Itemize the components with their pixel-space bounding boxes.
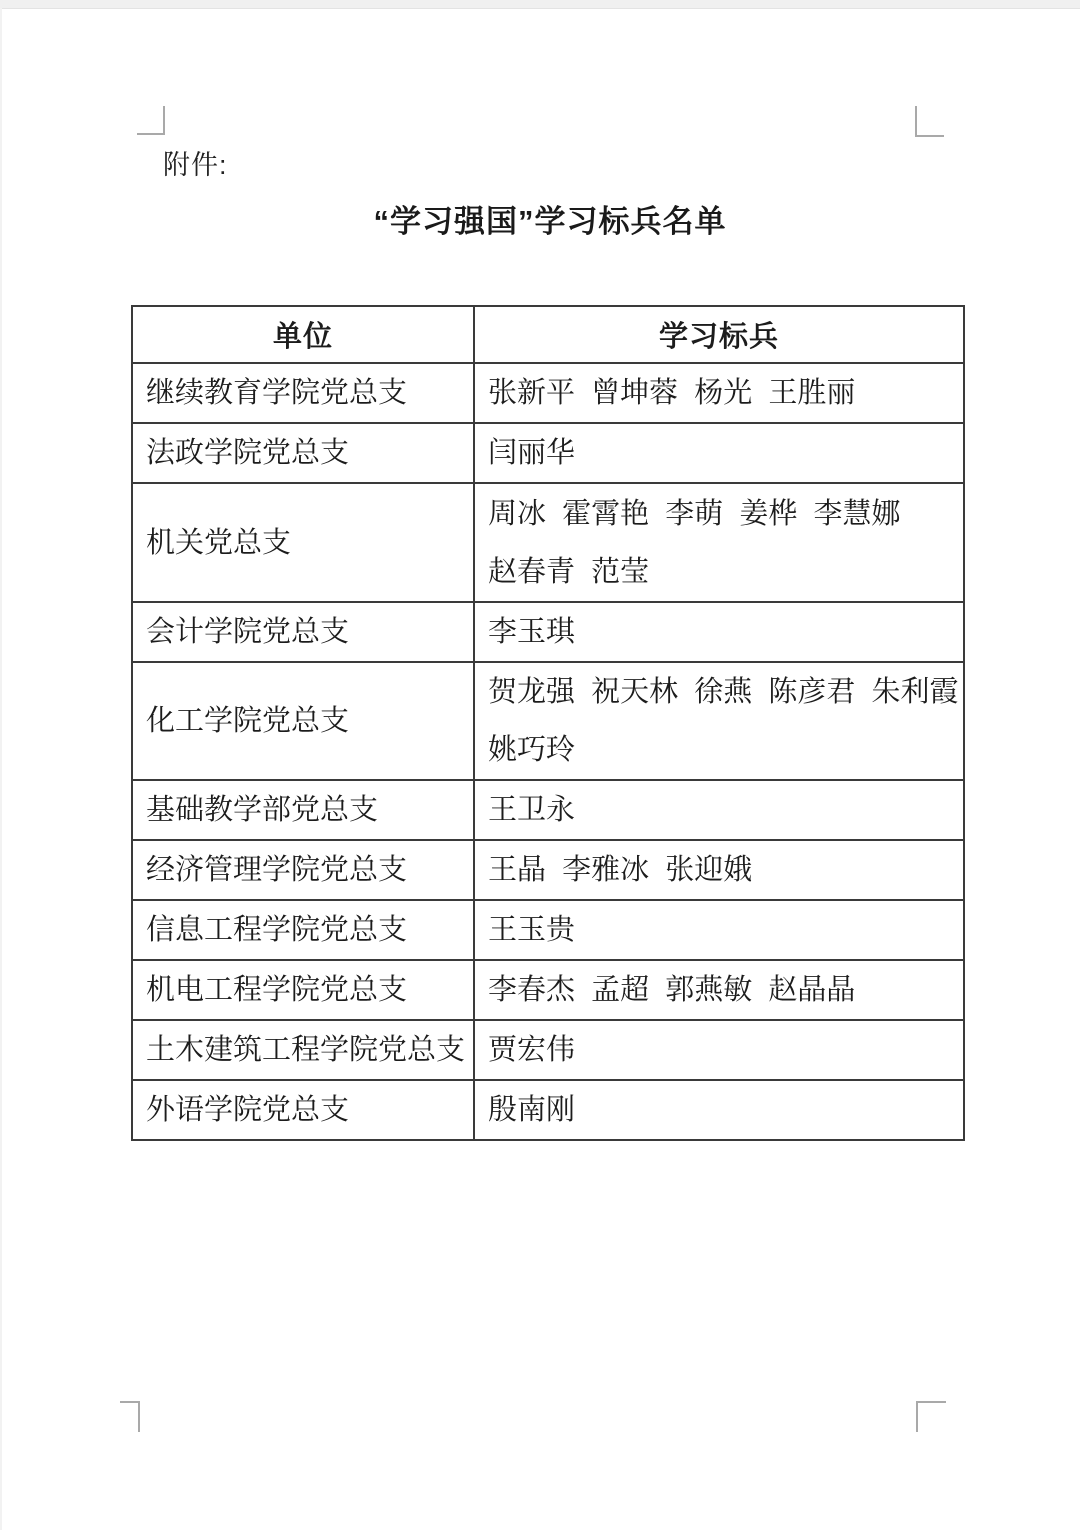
column-header-unit: 单位 bbox=[132, 306, 474, 363]
names-cell: 王晶 李雅冰 张迎娥 bbox=[474, 840, 964, 900]
table-row: 基础教学部党总支 王卫永 bbox=[132, 780, 964, 840]
margin-corner-mark bbox=[137, 106, 165, 135]
table-header-row: 单位 学习标兵 bbox=[132, 306, 964, 363]
unit-cell: 经济管理学院党总支 bbox=[132, 840, 474, 900]
document-title: “学习强国”学习标兵名单 bbox=[20, 196, 1080, 241]
table-row: 土木建筑工程学院党总支 贾宏伟 bbox=[132, 1020, 964, 1080]
table-row: 继续教育学院党总支 张新平 曾坤蓉 杨光 王胜丽 bbox=[132, 363, 964, 423]
table-row: 会计学院党总支 李玉琪 bbox=[132, 602, 964, 662]
scan-edge-artifact bbox=[0, 8, 2, 1530]
unit-cell: 法政学院党总支 bbox=[132, 423, 474, 483]
unit-cell: 会计学院党总支 bbox=[132, 602, 474, 662]
names-cell: 王卫永 bbox=[474, 780, 964, 840]
margin-corner-mark bbox=[915, 106, 944, 137]
table-row: 外语学院党总支 殷南刚 bbox=[132, 1080, 964, 1140]
names-cell: 周冰 霍霄艳 李萌 姜桦 李慧娜 赵春青 范莹 bbox=[474, 483, 964, 602]
names-cell: 殷南刚 bbox=[474, 1080, 964, 1140]
names-cell: 王玉贵 bbox=[474, 900, 964, 960]
column-header-names: 学习标兵 bbox=[474, 306, 964, 363]
table-row: 化工学院党总支 贺龙强 祝天林 徐燕 陈彦君 朱利霞 姚巧玲 bbox=[132, 662, 964, 780]
names-cell: 李春杰 孟超 郭燕敏 赵晶晶 bbox=[474, 960, 964, 1020]
names-cell: 张新平 曾坤蓉 杨光 王胜丽 bbox=[474, 363, 964, 423]
attachment-label: 附件: bbox=[163, 143, 228, 182]
unit-cell: 继续教育学院党总支 bbox=[132, 363, 474, 423]
margin-corner-mark bbox=[120, 1401, 140, 1432]
table-row: 经济管理学院党总支 王晶 李雅冰 张迎娥 bbox=[132, 840, 964, 900]
roster-table: 单位 学习标兵 继续教育学院党总支 张新平 曾坤蓉 杨光 王胜丽 法政学院党总支… bbox=[131, 305, 965, 1141]
unit-cell: 外语学院党总支 bbox=[132, 1080, 474, 1140]
table-row: 信息工程学院党总支 王玉贵 bbox=[132, 900, 964, 960]
names-cell: 贺龙强 祝天林 徐燕 陈彦君 朱利霞 姚巧玲 bbox=[474, 662, 964, 780]
document-page: 附件: “学习强国”学习标兵名单 单位 学习标兵 继续教育学院党总支 张新平 曾… bbox=[0, 0, 1080, 1530]
unit-cell: 基础教学部党总支 bbox=[132, 780, 474, 840]
unit-cell: 信息工程学院党总支 bbox=[132, 900, 474, 960]
table-row: 机电工程学院党总支 李春杰 孟超 郭燕敏 赵晶晶 bbox=[132, 960, 964, 1020]
table-row: 法政学院党总支 闫丽华 bbox=[132, 423, 964, 483]
margin-corner-mark bbox=[916, 1401, 946, 1432]
unit-cell: 土木建筑工程学院党总支 bbox=[132, 1020, 474, 1080]
names-cell: 贾宏伟 bbox=[474, 1020, 964, 1080]
names-cell: 闫丽华 bbox=[474, 423, 964, 483]
scan-edge-artifact bbox=[0, 0, 1080, 9]
unit-cell: 机电工程学院党总支 bbox=[132, 960, 474, 1020]
table-row: 机关党总支 周冰 霍霄艳 李萌 姜桦 李慧娜 赵春青 范莹 bbox=[132, 483, 964, 602]
unit-cell: 化工学院党总支 bbox=[132, 662, 474, 780]
names-cell: 李玉琪 bbox=[474, 602, 964, 662]
unit-cell: 机关党总支 bbox=[132, 483, 474, 602]
